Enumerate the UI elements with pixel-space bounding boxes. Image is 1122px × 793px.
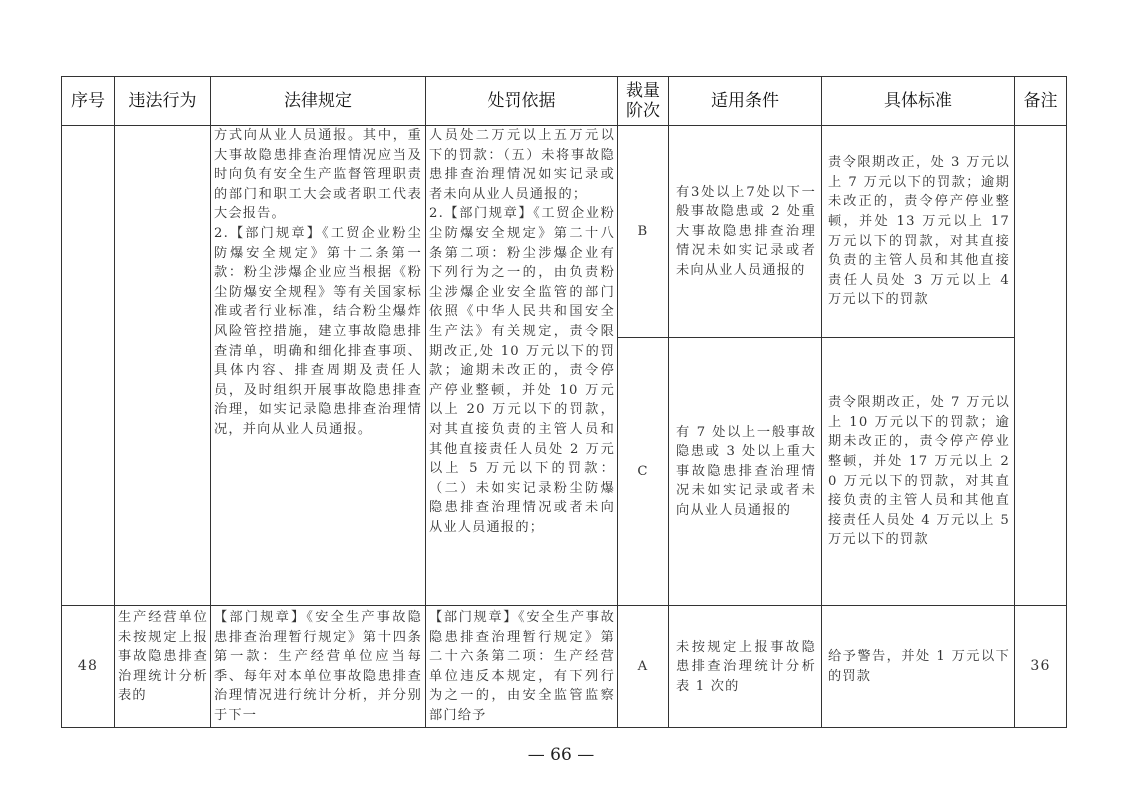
condition-level-c-text: 有 7 处以上一般事故隐患或 3 处以上重大事故隐患排查治理情况未如实记录或者未… <box>676 423 816 521</box>
header-legal-provision: 法律规定 <box>211 77 425 125</box>
standard-level-c: 责令限期改正，处 7 万元以上 10 万元以下的罚款；逾期未改正的，责令停产停业… <box>828 338 1010 605</box>
penalty-basis-text-48: 【部门规章】《安全生产事故隐患排查治理暂行规定》第二十六条第二项：生产经营单位违… <box>429 608 615 726</box>
column-divider <box>210 77 211 728</box>
standard-level-c-text: 责令限期改正，处 7 万元以上 10 万元以下的罚款；逾期未改正的，责令停产停业… <box>828 393 1010 550</box>
discretion-level-b: B <box>618 126 668 337</box>
header-discretion-level: 裁量阶次 <box>620 77 666 125</box>
row-number: 48 <box>62 606 114 728</box>
standard-level-b-text: 责令限期改正，处 3 万元以上 7 万元以下的罚款；逾期未改正的，责令停产停业整… <box>828 153 1010 310</box>
standard-level-a-text: 给予警告，并处 1 万元以下的罚款 <box>828 647 1010 686</box>
discretion-level-a: A <box>618 606 668 728</box>
discretion-level-c: C <box>618 338 668 605</box>
header-penalty-basis: 处罚依据 <box>426 77 617 125</box>
header-remark: 备注 <box>1015 77 1066 125</box>
condition-level-b-text: 有3处以上7处以下一般事故隐患或 2 处重大事故隐患排查治理情况未如实记录或者未… <box>676 183 816 281</box>
column-divider <box>425 77 426 728</box>
column-divider <box>668 77 669 728</box>
header-violation: 违法行为 <box>115 77 210 125</box>
remark-value: 36 <box>1015 606 1066 728</box>
column-divider <box>114 77 115 728</box>
standard-level-b: 责令限期改正，处 3 万元以上 7 万元以下的罚款；逾期未改正的，责令停产停业整… <box>828 126 1010 337</box>
header-specific-standard: 具体标准 <box>822 77 1014 125</box>
legal-provision-text-48: 【部门规章】《安全生产事故隐患排查治理暂行规定》第十四条第一款：生产经营单位应当… <box>214 608 422 726</box>
condition-level-a-text: 未按规定上报事故隐患排查治理统计分析表 1 次的 <box>676 638 816 697</box>
condition-level-b: 有3处以上7处以下一般事故隐患或 2 处重大事故隐患排查治理情况未如实记录或者未… <box>676 126 816 337</box>
violation-text: 生产经营单位未按规定上报事故隐患排查治理统计分析表的 <box>118 608 208 706</box>
condition-level-c: 有 7 处以上一般事故隐患或 3 处以上重大事故隐患排查治理情况未如实记录或者未… <box>676 338 816 605</box>
penalty-discretion-table: 序号 违法行为 法律规定 处罚依据 裁量阶次 适用条件 具体标准 备注 方式向从… <box>61 76 1067 728</box>
header-applicable-condition: 适用条件 <box>669 77 821 125</box>
legal-provision-text: 方式向从业人员通报。其中，重大事故隐患排查治理情况应当及时向负有安全生产监督管理… <box>214 126 422 440</box>
standard-level-a: 给予警告，并处 1 万元以下的罚款 <box>828 606 1010 728</box>
penalty-basis-text: 人员处二万元以上五万元以下的罚款：（五）未将事故隐患排查治理情况如实记录或者未向… <box>429 126 615 537</box>
condition-level-a: 未按规定上报事故隐患排查治理统计分析表 1 次的 <box>676 606 816 728</box>
column-divider <box>821 77 822 728</box>
page-number: — 66 — <box>0 745 1122 765</box>
header-number: 序号 <box>62 77 114 125</box>
